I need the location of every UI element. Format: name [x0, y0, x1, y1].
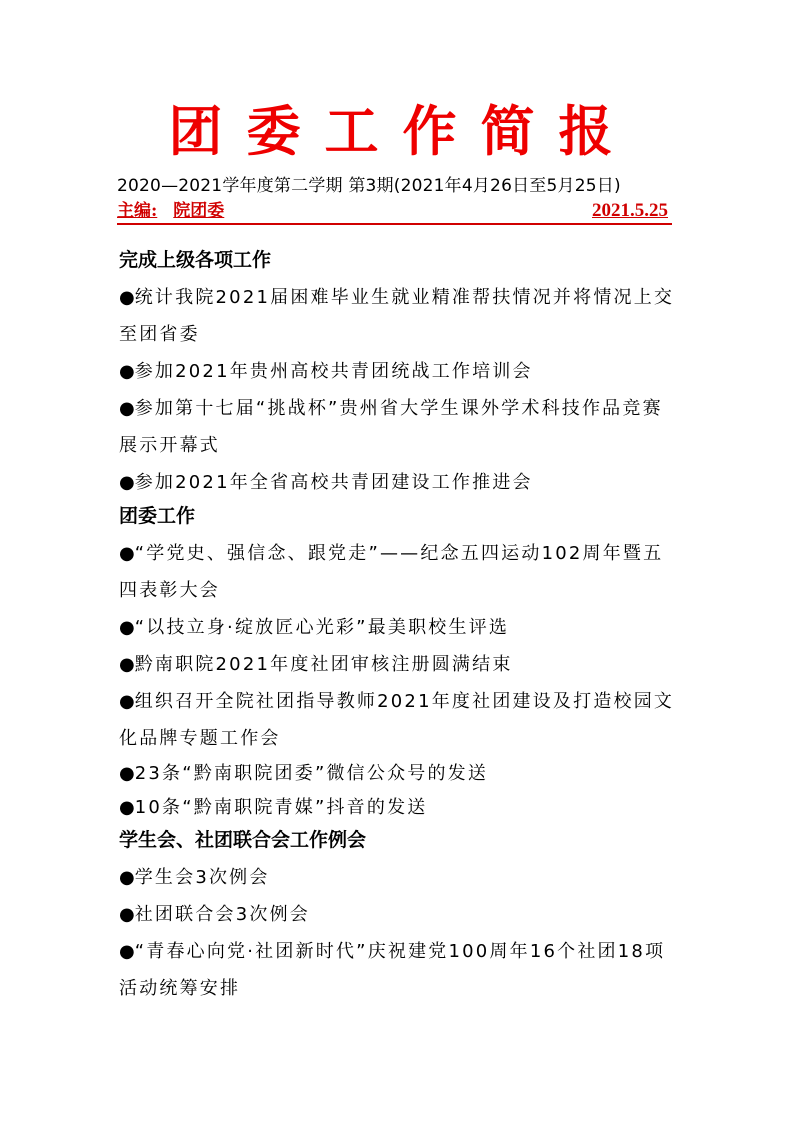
report-body: 完成上级各项工作 ●统计我院2021届困难毕业生就业精准帮扶情况并将情况上交至团…	[119, 245, 679, 1007]
list-item: ●黔南职院2021年度社团审核注册圆满结束	[119, 646, 679, 683]
section-title: 完成上级各项工作	[119, 245, 679, 275]
issue-date: 2021.5.25	[592, 199, 668, 223]
list-item: ●组织召开全院社团指导教师2021年度社团建设及打造校园文化品牌专题工作会	[119, 683, 679, 757]
bullet-icon: ●	[119, 797, 135, 818]
list-item: ●23条“黔南职院团委”微信公众号的发送	[119, 757, 679, 791]
bullet-icon: ●	[119, 287, 135, 308]
bullet-icon: ●	[119, 691, 135, 712]
list-item: ●参加2021年全省高校共青团建设工作推进会	[119, 464, 679, 501]
list-item: ●统计我院2021届困难毕业生就业精准帮扶情况并将情况上交至团省委	[119, 279, 679, 353]
editor-value: 院团委	[173, 201, 224, 221]
bullet-icon: ●	[119, 654, 135, 675]
bullet-icon: ●	[119, 361, 135, 382]
bullet-icon: ●	[119, 543, 135, 564]
bullet-icon: ●	[119, 867, 135, 888]
bullet-icon: ●	[119, 472, 135, 493]
list-item: ●10条“黔南职院青媒”抖音的发送	[119, 791, 679, 825]
editor: 主编:院团委	[117, 199, 224, 223]
list-item: ●参加第十七届“挑战杯”贵州省大学生课外学术科技作品竞赛展示开幕式	[119, 390, 679, 464]
section-title: 学生会、社团联合会工作例会	[119, 825, 679, 855]
editor-row: 主编:院团委 2021.5.25	[117, 199, 672, 225]
section-student-union: 学生会、社团联合会工作例会 ●学生会3次例会 ●社团联合会3次例会 ●“青春心向…	[119, 825, 679, 1007]
bullet-icon: ●	[119, 763, 135, 784]
issue-period: 2020—2021学年度第二学期 第3期(2021年4月26日至5月25日)	[117, 175, 621, 197]
list-item: ●“以技立身·绽放匠心光彩”最美职校生评选	[119, 609, 679, 646]
bullet-icon: ●	[119, 398, 135, 419]
bullet-icon: ●	[119, 904, 135, 925]
list-item: ●参加2021年贵州高校共青团统战工作培训会	[119, 353, 679, 390]
bullet-icon: ●	[119, 941, 135, 962]
section-league-work: 团委工作 ●“学党史、强信念、跟党走”——纪念五四运动102周年暨五四表彰大会 …	[119, 501, 679, 825]
editor-label: 主编:	[117, 201, 157, 221]
section-title: 团委工作	[119, 501, 679, 531]
list-item: ●“青春心向党·社团新时代”庆祝建党100周年16个社团18项活动统筹安排	[119, 933, 679, 1007]
section-superior-work: 完成上级各项工作 ●统计我院2021届困难毕业生就业精准帮扶情况并将情况上交至团…	[119, 245, 679, 501]
list-item: ●“学党史、强信念、跟党走”——纪念五四运动102周年暨五四表彰大会	[119, 535, 679, 609]
page-title: 团委工作简报	[0, 100, 793, 164]
list-item: ●学生会3次例会	[119, 859, 679, 896]
bullet-icon: ●	[119, 617, 135, 638]
list-item: ●社团联合会3次例会	[119, 896, 679, 933]
